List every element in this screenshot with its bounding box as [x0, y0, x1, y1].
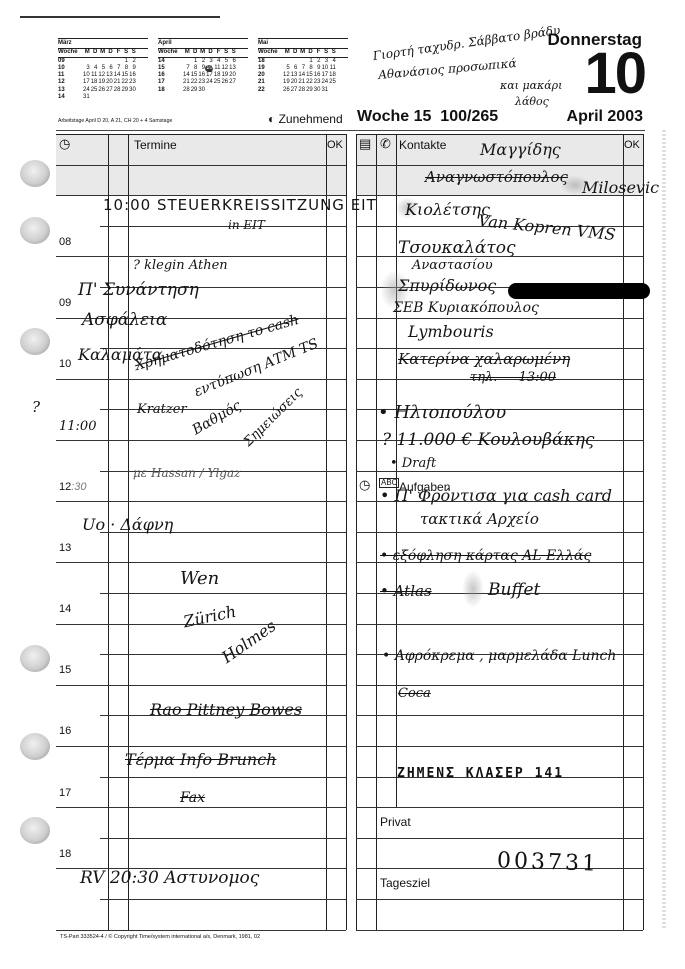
- calendar-day[interactable]: 19: [220, 72, 228, 79]
- grid-line: [356, 624, 643, 625]
- calendar-day[interactable]: 17: [320, 72, 328, 79]
- calendar-day[interactable]: 4: [213, 58, 221, 65]
- moon-half-icon: ◐: [268, 112, 275, 126]
- calendar-day[interactable]: [97, 94, 105, 101]
- calendar-day[interactable]: [282, 58, 290, 65]
- kontakte-ok-column-label: OK: [624, 139, 640, 151]
- header-rule: [56, 130, 645, 131]
- calendar-day[interactable]: 27: [290, 87, 298, 94]
- calendar-day[interactable]: [120, 94, 128, 101]
- mini-calendar-header: WocheMDMDFSS: [258, 49, 348, 57]
- grid-line: [356, 746, 643, 747]
- grid-line: [346, 134, 347, 930]
- calendar-day[interactable]: 14: [113, 72, 121, 79]
- calendar-day[interactable]: 28: [113, 87, 121, 94]
- calendar-day[interactable]: 6: [228, 58, 236, 65]
- calendar-day[interactable]: 21: [182, 79, 190, 86]
- calendar-day[interactable]: 12: [97, 72, 105, 79]
- weekday-header: F: [213, 49, 221, 56]
- calendar-day[interactable]: 7: [182, 65, 190, 72]
- kontakte-entry[interactable]: τηλ. — 13:00: [470, 370, 556, 385]
- calendar-day[interactable]: [213, 87, 221, 94]
- calendar-day[interactable]: 1: [190, 58, 198, 65]
- calendar-day[interactable]: [228, 87, 236, 94]
- weekday-header: F: [313, 49, 321, 56]
- calendar-day[interactable]: 9: [128, 65, 136, 72]
- calendar-day[interactable]: 22: [305, 79, 313, 86]
- calendar-day[interactable]: [113, 58, 121, 65]
- top-rule: [20, 16, 220, 18]
- calendar-day[interactable]: 1: [305, 58, 313, 65]
- calendar-day[interactable]: 14: [297, 72, 305, 79]
- mini-calendar-may: MaiWocheMDMDFSS1812341956789101120121314…: [258, 38, 348, 94]
- termine-ok-column-label: OK: [327, 139, 343, 151]
- calendar-day[interactable]: 29: [120, 87, 128, 94]
- hour-label: 11:00: [59, 419, 96, 434]
- clock-icon: ◷: [59, 136, 70, 152]
- calendar-day[interactable]: 18: [213, 72, 221, 79]
- top-note-line: και μακάρι: [500, 79, 562, 92]
- weekday-header: F: [113, 49, 121, 56]
- weekday-header: D: [290, 49, 298, 56]
- termine-entry[interactable]: RV 20:30 Αστυνομος: [80, 868, 259, 888]
- weekday-header: M: [82, 49, 90, 56]
- week-number: 17: [158, 79, 182, 86]
- grid-line: [56, 685, 346, 686]
- calendar-day[interactable]: 1: [120, 58, 128, 65]
- grid-line: [356, 532, 643, 533]
- mini-calendar-header: WocheMDMDFSS: [58, 49, 148, 57]
- calendar-day[interactable]: 14: [182, 72, 190, 79]
- top-note-line: Γιορτή ταχυδρ. Σάββατο βράδυ: [372, 23, 561, 63]
- grid-line: [356, 930, 643, 931]
- aufgaben-entry[interactable]: • Atlas: [380, 582, 432, 600]
- calendar-day[interactable]: 30: [313, 87, 321, 94]
- kontakte-entry[interactable]: • Ηλιοπούλου: [378, 402, 506, 423]
- calendar-day[interactable]: 28: [297, 87, 305, 94]
- calendar-day[interactable]: 16: [313, 72, 321, 79]
- aufgaben-stamp: ΖΗΜΕΝΣ ΚΛΑΣΕΡ 141: [397, 766, 564, 781]
- calendar-day[interactable]: 17: [82, 79, 90, 86]
- calendar-day[interactable]: 3: [205, 58, 213, 65]
- mini-calendar-month: April: [158, 38, 248, 49]
- grid-line: [100, 899, 346, 900]
- kontakte-entry[interactable]: • Draft: [390, 456, 436, 471]
- calendar-day[interactable]: 13: [228, 65, 236, 72]
- arbeitstage-note: Arbeitstage April D 20, A 21, CH 20 + 4 …: [58, 118, 172, 124]
- mini-calendar-april: AprilWocheMDMDFSS14123456157891011121316…: [158, 38, 248, 94]
- calendar-day[interactable]: 16: [128, 72, 136, 79]
- calendar-day[interactable]: 10: [82, 72, 90, 79]
- week-number: 15: [158, 65, 182, 72]
- week-number: 18: [158, 87, 182, 94]
- grid-line: [56, 807, 346, 808]
- calendar-day[interactable]: 22: [190, 79, 198, 86]
- weekday-header: D: [190, 49, 198, 56]
- calendar-day[interactable]: 10: [320, 65, 328, 72]
- termine-entry[interactable]: Rao Pittney Bowes: [150, 700, 302, 719]
- grid-line: [56, 501, 346, 502]
- calendar-day[interactable]: 9: [197, 65, 205, 72]
- mini-calendar-week: 1110111213141516: [58, 72, 148, 79]
- grid-line: [56, 440, 346, 441]
- top-note-line: λάθος: [515, 95, 549, 108]
- termine-entry[interactable]: in EIT: [228, 218, 265, 232]
- phone-icon: ✆: [380, 136, 391, 152]
- weekday-header: D: [90, 49, 98, 56]
- calendar-day[interactable]: [128, 94, 136, 101]
- mini-calendar-week: 14123456: [158, 58, 248, 65]
- calendar-day[interactable]: [105, 94, 113, 101]
- calendar-day[interactable]: 30: [128, 87, 136, 94]
- kontakte-entry[interactable]: Αναγνωστόπουλος: [425, 168, 568, 186]
- calendar-day[interactable]: 28: [182, 87, 190, 94]
- mini-calendar-week: 18282930: [158, 87, 248, 94]
- aufgaben-entry[interactable]: Buffet: [488, 580, 540, 600]
- calendar-day[interactable]: 22: [120, 79, 128, 86]
- kontakte-entry[interactable]: Τσουκαλάτος: [398, 238, 516, 258]
- grid-line: [356, 807, 643, 808]
- mini-calendar-week: 1431: [58, 94, 148, 101]
- kontakte-entry[interactable]: Κατερίνα χαλαρωμένη: [398, 350, 570, 368]
- clock-icon: ◷: [359, 477, 370, 493]
- week-number: 21: [258, 79, 282, 86]
- calendar-day[interactable]: [82, 58, 90, 65]
- weekday-header: D: [205, 49, 213, 56]
- punch-hole: [20, 733, 50, 760]
- mini-calendar-march: MärzWocheMDMDFSS091210345678911101112131…: [58, 38, 148, 101]
- calendar-day[interactable]: [205, 87, 213, 94]
- day-number: 10: [584, 44, 645, 104]
- calendar-day[interactable]: 4: [328, 58, 336, 65]
- aufgaben-entry[interactable]: • Αφρόκρεμα , μαρμελάδα Lunch: [382, 648, 616, 664]
- week-number: 11: [58, 72, 82, 79]
- week-number: 09: [58, 58, 82, 65]
- grid-line: [56, 562, 346, 563]
- grid-line: [100, 593, 346, 594]
- calendar-day[interactable]: 12: [220, 65, 228, 72]
- grid-line: [56, 165, 346, 166]
- day-of-year: 100/265: [440, 108, 498, 125]
- calendar-day[interactable]: 24: [82, 87, 90, 94]
- punch-hole: [20, 217, 50, 244]
- calendar-day[interactable]: 20: [105, 79, 113, 86]
- calendar-day[interactable]: 4: [90, 65, 98, 72]
- calendar-day[interactable]: 26: [282, 87, 290, 94]
- calendar-day[interactable]: [297, 58, 305, 65]
- grid-line: [100, 777, 346, 778]
- kontakte-entry[interactable]: ΣΕΒ Κυριακόπουλος: [393, 300, 539, 316]
- punch-hole: [20, 328, 50, 355]
- grid-line: [56, 379, 346, 380]
- weekday-header: D: [305, 49, 313, 56]
- calendar-day[interactable]: 25: [213, 79, 221, 86]
- weekday-header: Woche: [58, 49, 82, 56]
- calendar-day[interactable]: 27: [105, 87, 113, 94]
- grid-line: [356, 715, 643, 716]
- calendar-day[interactable]: 23: [128, 79, 136, 86]
- calendar-day[interactable]: 19: [97, 79, 105, 86]
- calendar-day[interactable]: 11: [90, 72, 98, 79]
- calendar-day[interactable]: 26: [220, 79, 228, 86]
- mini-calendar-week: 22262728293031: [258, 87, 348, 94]
- kontakte-entry[interactable]: Milosevic: [582, 178, 659, 197]
- calendar-day[interactable]: [328, 87, 336, 94]
- mini-calendar-month: März: [58, 38, 148, 49]
- punch-hole: [20, 160, 50, 187]
- weekday-header: S: [328, 49, 336, 56]
- hour-label: 16: [59, 725, 71, 737]
- redacted-phone-number: [508, 283, 650, 299]
- kontakte-header-label: Kontakte: [399, 138, 446, 152]
- week-number: Woche 15: [357, 108, 431, 125]
- punch-hole: [20, 645, 50, 672]
- calendar-day[interactable]: 27: [228, 79, 236, 86]
- calendar-day[interactable]: 18: [90, 79, 98, 86]
- termine-entry[interactable]: Π' Συνάντηση: [78, 280, 199, 300]
- kontakte-entry[interactable]: Αναστασίου: [412, 258, 493, 273]
- grid-line: [56, 746, 346, 747]
- kontakte-entry[interactable]: Σπυρίδωνος: [398, 276, 496, 295]
- grid-line: [356, 134, 643, 135]
- hour-label: 10: [59, 358, 71, 370]
- weekday-header: M: [197, 49, 205, 56]
- aufgaben-entry[interactable]: τακτικά Αρχείο: [420, 510, 539, 528]
- calendar-day[interactable]: 20: [290, 79, 298, 86]
- calendar-day[interactable]: 19: [282, 79, 290, 86]
- termine-entry[interactable]: Τέρμα Info Brunch: [125, 750, 277, 769]
- mini-calendar-week: 1324252627282930: [58, 87, 148, 94]
- calendar-day[interactable]: 25: [90, 87, 98, 94]
- mini-calendar-week: 1578910111213: [158, 65, 248, 72]
- calendar-day[interactable]: 23: [313, 79, 321, 86]
- calendar-day[interactable]: 7: [297, 65, 305, 72]
- aufgaben-entry[interactable]: Coca: [398, 686, 431, 701]
- calendar-day[interactable]: 5: [220, 58, 228, 65]
- mini-calendar-week: 2012131415161718: [258, 72, 348, 79]
- grid-line: [56, 134, 346, 135]
- calendar-day[interactable]: [105, 58, 113, 65]
- calendar-day[interactable]: 26: [97, 87, 105, 94]
- week-number: 19: [258, 65, 282, 72]
- notepad-icon: ▤: [359, 136, 371, 152]
- mini-calendar-week: 103456789: [58, 65, 148, 72]
- calendar-day[interactable]: 17: [205, 72, 213, 79]
- calendar-day[interactable]: 21: [113, 79, 121, 86]
- tagesziel-label: Tagesziel: [380, 876, 430, 890]
- hour-label: 13: [59, 542, 71, 554]
- aufgaben-entry[interactable]: • Π' Φρόντισα για cash card: [380, 486, 612, 505]
- mini-calendar-week: 0912: [58, 58, 148, 65]
- calendar-day[interactable]: 11: [328, 65, 336, 72]
- hour-label: 08: [59, 236, 71, 248]
- moon-phase-label: Zunehmend: [279, 112, 343, 126]
- termine-entry[interactable]: Zürich: [182, 602, 238, 632]
- termine-header-label: Termine: [134, 138, 177, 152]
- week-number: 22: [258, 87, 282, 94]
- calendar-day[interactable]: 2: [197, 58, 205, 65]
- calendar-day[interactable]: 8: [120, 65, 128, 72]
- calendar-day[interactable]: 23: [197, 79, 205, 86]
- mini-calendar-week: 19567891011: [258, 65, 348, 72]
- calendar-day[interactable]: 5: [97, 65, 105, 72]
- question-mark-note: ?: [32, 398, 40, 416]
- weekday-header: D: [105, 49, 113, 56]
- calendar-day[interactable]: 2: [313, 58, 321, 65]
- kontakte-entry[interactable]: Μαγγίδης: [480, 140, 561, 159]
- calendar-day[interactable]: 20: [228, 72, 236, 79]
- calendar-day[interactable]: 29: [190, 87, 198, 94]
- grid-line: [356, 838, 643, 839]
- calendar-day[interactable]: [182, 58, 190, 65]
- weekday-header: M: [182, 49, 190, 56]
- calendar-day[interactable]: [113, 94, 121, 101]
- week-number: 14: [58, 94, 82, 101]
- calendar-day[interactable]: 3: [82, 65, 90, 72]
- punch-hole: [20, 817, 50, 844]
- hour-label: 18: [59, 848, 71, 860]
- mini-calendar-week: 1614151617181920: [158, 72, 248, 79]
- calendar-day[interactable]: [90, 94, 98, 101]
- week-number: 16: [158, 72, 182, 79]
- aufgaben-entry[interactable]: • εξόφληση κάρτας AL Ελλάς: [380, 548, 591, 564]
- weekday-header: M: [97, 49, 105, 56]
- kontakte-entry[interactable]: Κιολέτσης: [405, 200, 490, 219]
- weekday-header: S: [128, 49, 136, 56]
- calendar-day[interactable]: 13: [290, 72, 298, 79]
- calendar-day[interactable]: [290, 58, 298, 65]
- page-edge: [662, 130, 666, 930]
- week-number: 14: [158, 58, 182, 65]
- calendar-day[interactable]: 9: [313, 65, 321, 72]
- hour-label: 09: [59, 297, 71, 309]
- moon-phase: ◐ Zunehmend: [268, 112, 343, 126]
- mini-calendar-month: Mai: [258, 38, 348, 49]
- calendar-day[interactable]: 11: [213, 65, 221, 72]
- calendar-day[interactable]: 15: [190, 72, 198, 79]
- week-number: 18: [258, 58, 282, 65]
- calendar-day[interactable]: 8: [305, 65, 313, 72]
- copyright-footer: TS-Part 333524-4 / © Copyright Time/syst…: [60, 934, 260, 940]
- calendar-day[interactable]: 15: [305, 72, 313, 79]
- grid-line: [56, 930, 346, 931]
- termine-entry[interactable]: Ασφάλεια: [82, 310, 167, 330]
- weekday-header: S: [228, 49, 236, 56]
- weekday-header: S: [220, 49, 228, 56]
- calendar-day[interactable]: 7: [113, 65, 121, 72]
- calendar-day[interactable]: 8: [190, 65, 198, 72]
- mini-calendar-week: 181234: [258, 58, 348, 65]
- calendar-day[interactable]: 5: [282, 65, 290, 72]
- calendar-day[interactable]: 10: [205, 65, 213, 72]
- privat-stamp-number: 003731: [497, 848, 600, 877]
- weekday-header: S: [320, 49, 328, 56]
- smudge: [462, 570, 484, 608]
- calendar-day[interactable]: 15: [120, 72, 128, 79]
- weekday-header: S: [120, 49, 128, 56]
- termine-entry[interactable]: Wen: [180, 568, 219, 589]
- grid-line: [100, 226, 346, 227]
- calendar-day[interactable]: 6: [105, 65, 113, 72]
- mini-calendar-week: 2119202122232425: [258, 79, 348, 86]
- calendar-day[interactable]: 2: [128, 58, 136, 65]
- grid-line: [643, 134, 644, 930]
- mini-calendar-header: WocheMDMDFSS: [158, 49, 248, 57]
- termine-entry[interactable]: Fax: [180, 790, 205, 806]
- calendar-day[interactable]: 30: [197, 87, 205, 94]
- calendar-day[interactable]: 16: [197, 72, 205, 79]
- termine-entry[interactable]: με Hassan / Ylgaz: [133, 466, 240, 480]
- calendar-day[interactable]: [97, 58, 105, 65]
- termine-entry[interactable]: 10:00 STEUERKREISSITZUNG EIT: [103, 196, 377, 214]
- hour-label: 15: [59, 664, 71, 676]
- mini-calendar-week: 1217181920212223: [58, 79, 148, 86]
- calendar-day[interactable]: 24: [320, 79, 328, 86]
- grid-line: [356, 899, 643, 900]
- week-number: 12: [58, 79, 82, 86]
- calendar-day[interactable]: [90, 58, 98, 65]
- top-note-line: Αθανάσιος προσωπικά: [378, 56, 517, 82]
- calendar-day[interactable]: 29: [305, 87, 313, 94]
- calendar-day[interactable]: [220, 87, 228, 94]
- hour-suffix: :30: [71, 481, 86, 493]
- calendar-day[interactable]: 24: [205, 79, 213, 86]
- month-year: April 2003: [567, 108, 643, 126]
- calendar-day[interactable]: 3: [320, 58, 328, 65]
- termine-entry[interactable]: Βαθμός: [190, 398, 244, 439]
- weekday-header: M: [282, 49, 290, 56]
- hour-label: 14: [59, 603, 71, 615]
- calendar-day[interactable]: 12: [282, 72, 290, 79]
- week-number: 10: [58, 65, 82, 72]
- calendar-day[interactable]: 13: [105, 72, 113, 79]
- privat-label: Privat: [380, 815, 411, 829]
- grid-line: [356, 318, 643, 319]
- calendar-day[interactable]: 6: [290, 65, 298, 72]
- calendar-day[interactable]: 25: [328, 79, 336, 86]
- termine-entry[interactable]: Uo · Δάφνη: [82, 515, 173, 534]
- termine-entry[interactable]: Kratzer: [137, 402, 187, 417]
- calendar-day[interactable]: 21: [297, 79, 305, 86]
- grid-line: [100, 838, 346, 839]
- kontakte-entry[interactable]: ? 11.000 € Κουλουβάκης: [382, 430, 594, 450]
- grid-line: [356, 165, 643, 166]
- week-number: 13: [58, 87, 82, 94]
- mini-calendar-week: 1721222324252627: [158, 79, 248, 86]
- calendar-day[interactable]: 18: [328, 72, 336, 79]
- hour-label: 17: [59, 787, 71, 799]
- weekday-header: M: [297, 49, 305, 56]
- hour-label: 12:30: [59, 481, 87, 493]
- weekday-header: Woche: [258, 49, 282, 56]
- kontakte-entry[interactable]: Lymbouris: [408, 322, 494, 341]
- week-number: 20: [258, 72, 282, 79]
- weekday-header: Woche: [158, 49, 182, 56]
- calendar-day[interactable]: 31: [320, 87, 328, 94]
- calendar-day[interactable]: 31: [82, 94, 90, 101]
- termine-entry[interactable]: ? klegin Athen: [133, 258, 228, 273]
- week-info: Woche 15 100/265: [357, 108, 498, 126]
